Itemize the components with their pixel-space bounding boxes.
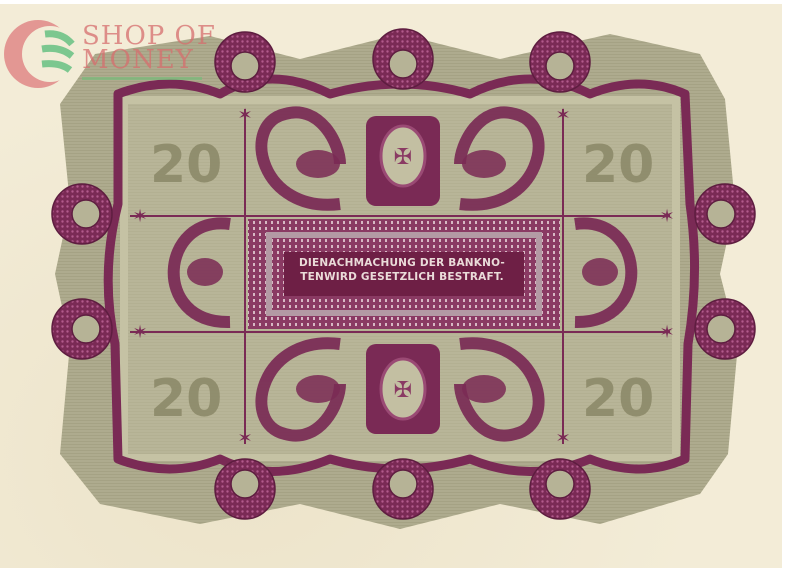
svg-text:✶: ✶ xyxy=(659,322,674,343)
svg-text:✠: ✠ xyxy=(394,145,412,170)
svg-text:✶: ✶ xyxy=(237,428,252,449)
svg-text:✶: ✶ xyxy=(659,206,674,227)
watermark-underline xyxy=(82,77,202,80)
svg-text:✶: ✶ xyxy=(132,206,147,227)
rosette xyxy=(215,32,275,92)
svg-text:✶: ✶ xyxy=(555,105,570,126)
coat-of-arms-shield: ✠ xyxy=(366,344,440,434)
coat-of-arms-shield: ✠ xyxy=(366,116,440,206)
denomination-numeral: 20 xyxy=(582,135,654,195)
denomination-numeral: 20 xyxy=(582,369,654,429)
svg-text:✠: ✠ xyxy=(394,378,412,403)
watermark-brand-text: SHOP OF MONEY xyxy=(82,24,216,72)
svg-text:✶: ✶ xyxy=(132,322,147,343)
counterfeit-warning-text: DIENACHMACHUNG DER BANKNO- TENWIRD GESET… xyxy=(282,256,522,294)
banknote: 20 20 20 20 ✶✶ ✶✶ ✶✶ ✶✶ xyxy=(0,4,782,568)
shop-of-money-logo-icon xyxy=(4,20,78,88)
denomination-numeral: 20 xyxy=(150,135,222,195)
svg-text:✶: ✶ xyxy=(555,428,570,449)
denomination-numeral: 20 xyxy=(150,369,222,429)
svg-text:✶: ✶ xyxy=(237,105,252,126)
